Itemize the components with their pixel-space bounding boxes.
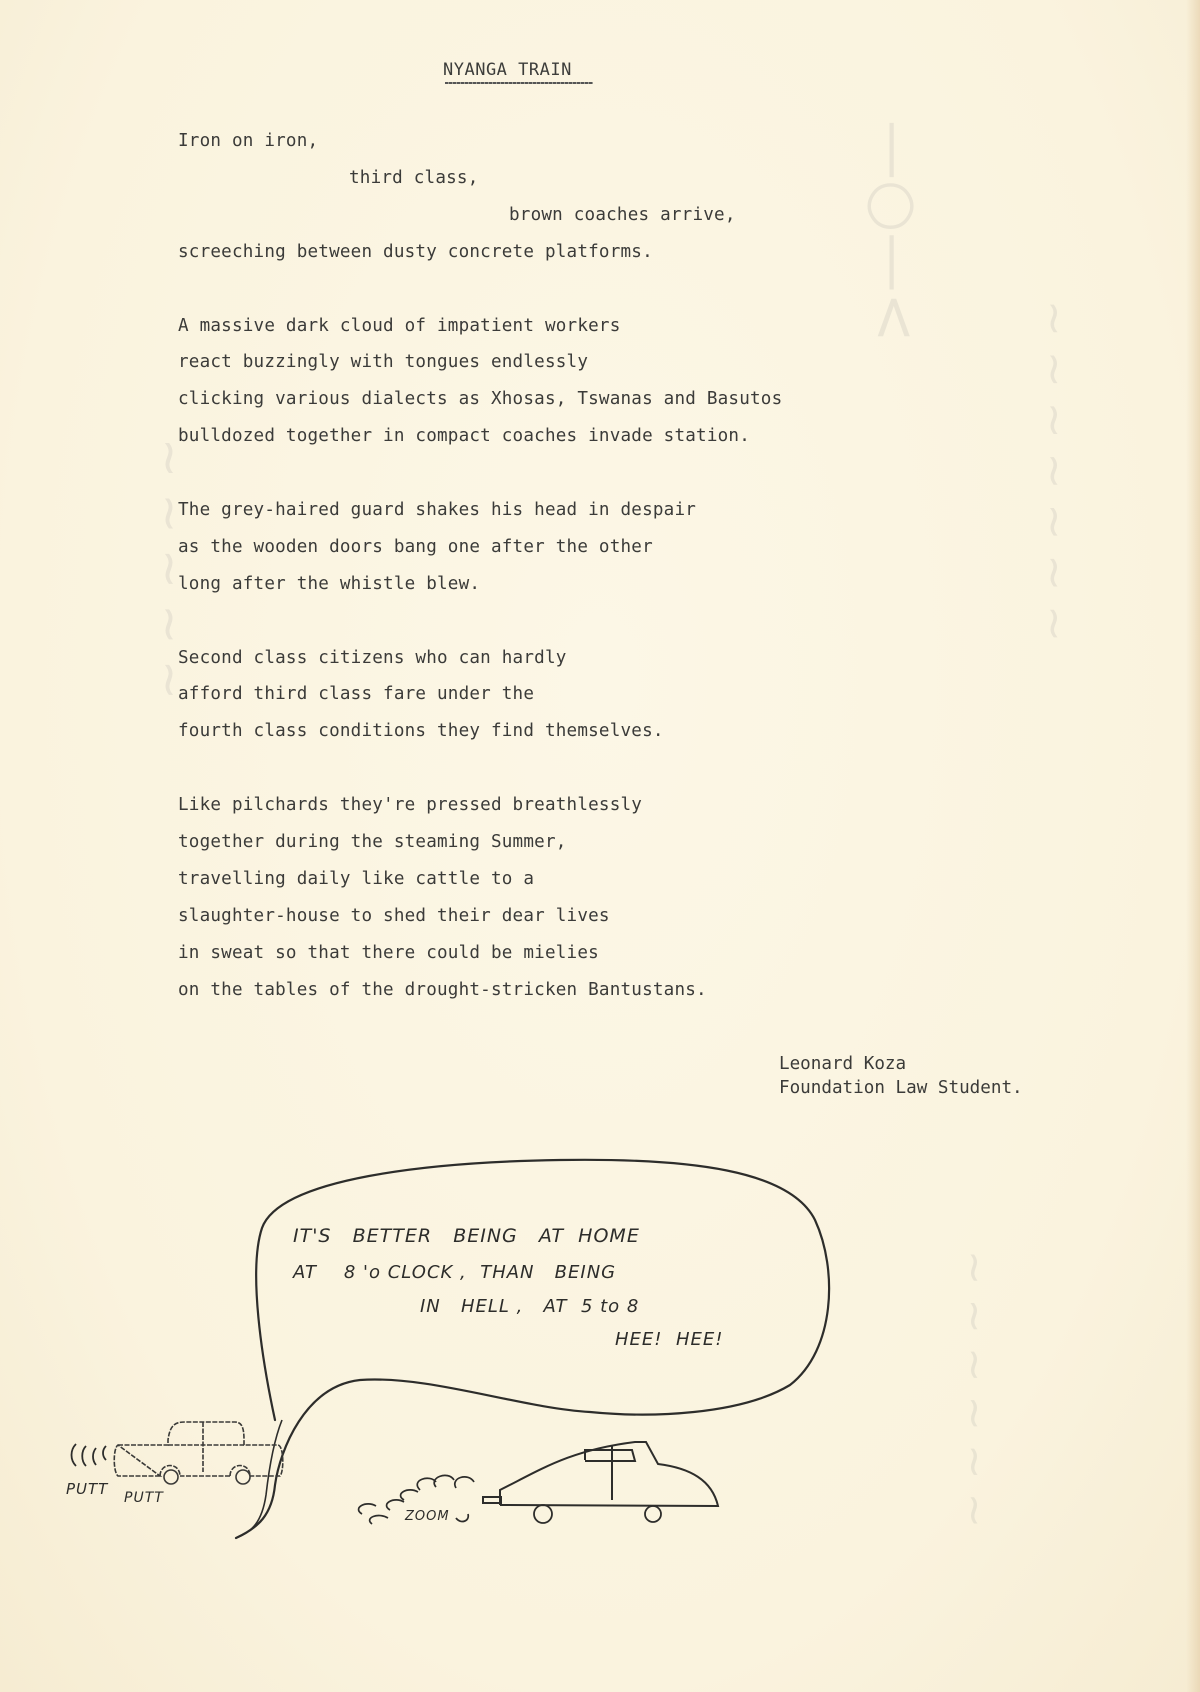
poem-line: as the wooden doors bang one after the o…	[178, 537, 653, 557]
poem-line: slaughter-house to shed their dear lives	[178, 906, 610, 926]
poem-line: A massive dark cloud of impatient worker…	[178, 316, 621, 336]
poem-line: clicking various dialects as Xhosas, Tsw…	[178, 389, 782, 409]
speech-bubble-outline	[236, 1160, 829, 1538]
poem-line: afford third class fare under the	[178, 684, 534, 704]
cartoon-drawing: IT'S BETTER BEING AT HOME AT 8 'o CLOCK …	[0, 1150, 1200, 1580]
signature-block: Leonard Koza Foundation Law Student.	[779, 1052, 1023, 1100]
speech-line-1: IT'S BETTER BEING AT HOME	[293, 1225, 640, 1247]
title-underline	[445, 82, 593, 84]
poem-line: Like pilchards they're pressed breathles…	[178, 795, 642, 815]
poem-line: together during the steaming Summer,	[178, 832, 567, 852]
putt-sound-2: PUTT	[124, 1490, 164, 1506]
poem-line: bulldozed together in compact coaches in…	[178, 426, 750, 446]
fast-car-wheel	[534, 1505, 552, 1523]
author-name: Leonard Koza	[779, 1052, 1023, 1076]
zoom-sound: ZOOM	[404, 1509, 450, 1524]
exhaust-puff-icon	[72, 1444, 107, 1466]
author-role: Foundation Law Student.	[779, 1076, 1023, 1100]
poem-line: react buzzingly with tongues endlessly	[178, 352, 588, 372]
poem-line: brown coaches arrive,	[509, 205, 736, 225]
old-car-wheel	[236, 1470, 250, 1484]
old-car-wheel	[164, 1470, 178, 1484]
fast-car-icon	[483, 1442, 718, 1506]
old-car-icon	[114, 1422, 283, 1476]
poem-line: fourth class conditions they find themse…	[178, 721, 664, 741]
speech-line-3: IN HELL , AT 5 to 8	[420, 1296, 639, 1317]
poem-line: Iron on iron,	[178, 131, 318, 151]
poem-line: on the tables of the drought-stricken Ba…	[178, 980, 707, 1000]
poem-title: NYANGA TRAIN	[443, 60, 572, 80]
putt-sound-1: PUTT	[66, 1480, 109, 1498]
poem-line: in sweat so that there could be mielies	[178, 943, 599, 963]
speech-line-2: AT 8 'o CLOCK , THAN BEING	[292, 1262, 616, 1283]
poem-line: Second class citizens who can hardly	[178, 648, 567, 668]
poem-line: The grey-haired guard shakes his head in…	[178, 500, 696, 520]
poem-line: long after the whistle blew.	[178, 574, 480, 594]
speech-line-4: HEE! HEE!	[615, 1329, 723, 1350]
poem-line: screeching between dusty concrete platfo…	[178, 242, 653, 262]
poem-line: travelling daily like cattle to a	[178, 869, 534, 889]
poem-line: third class,	[349, 168, 479, 188]
fast-car-wheel	[645, 1506, 661, 1522]
